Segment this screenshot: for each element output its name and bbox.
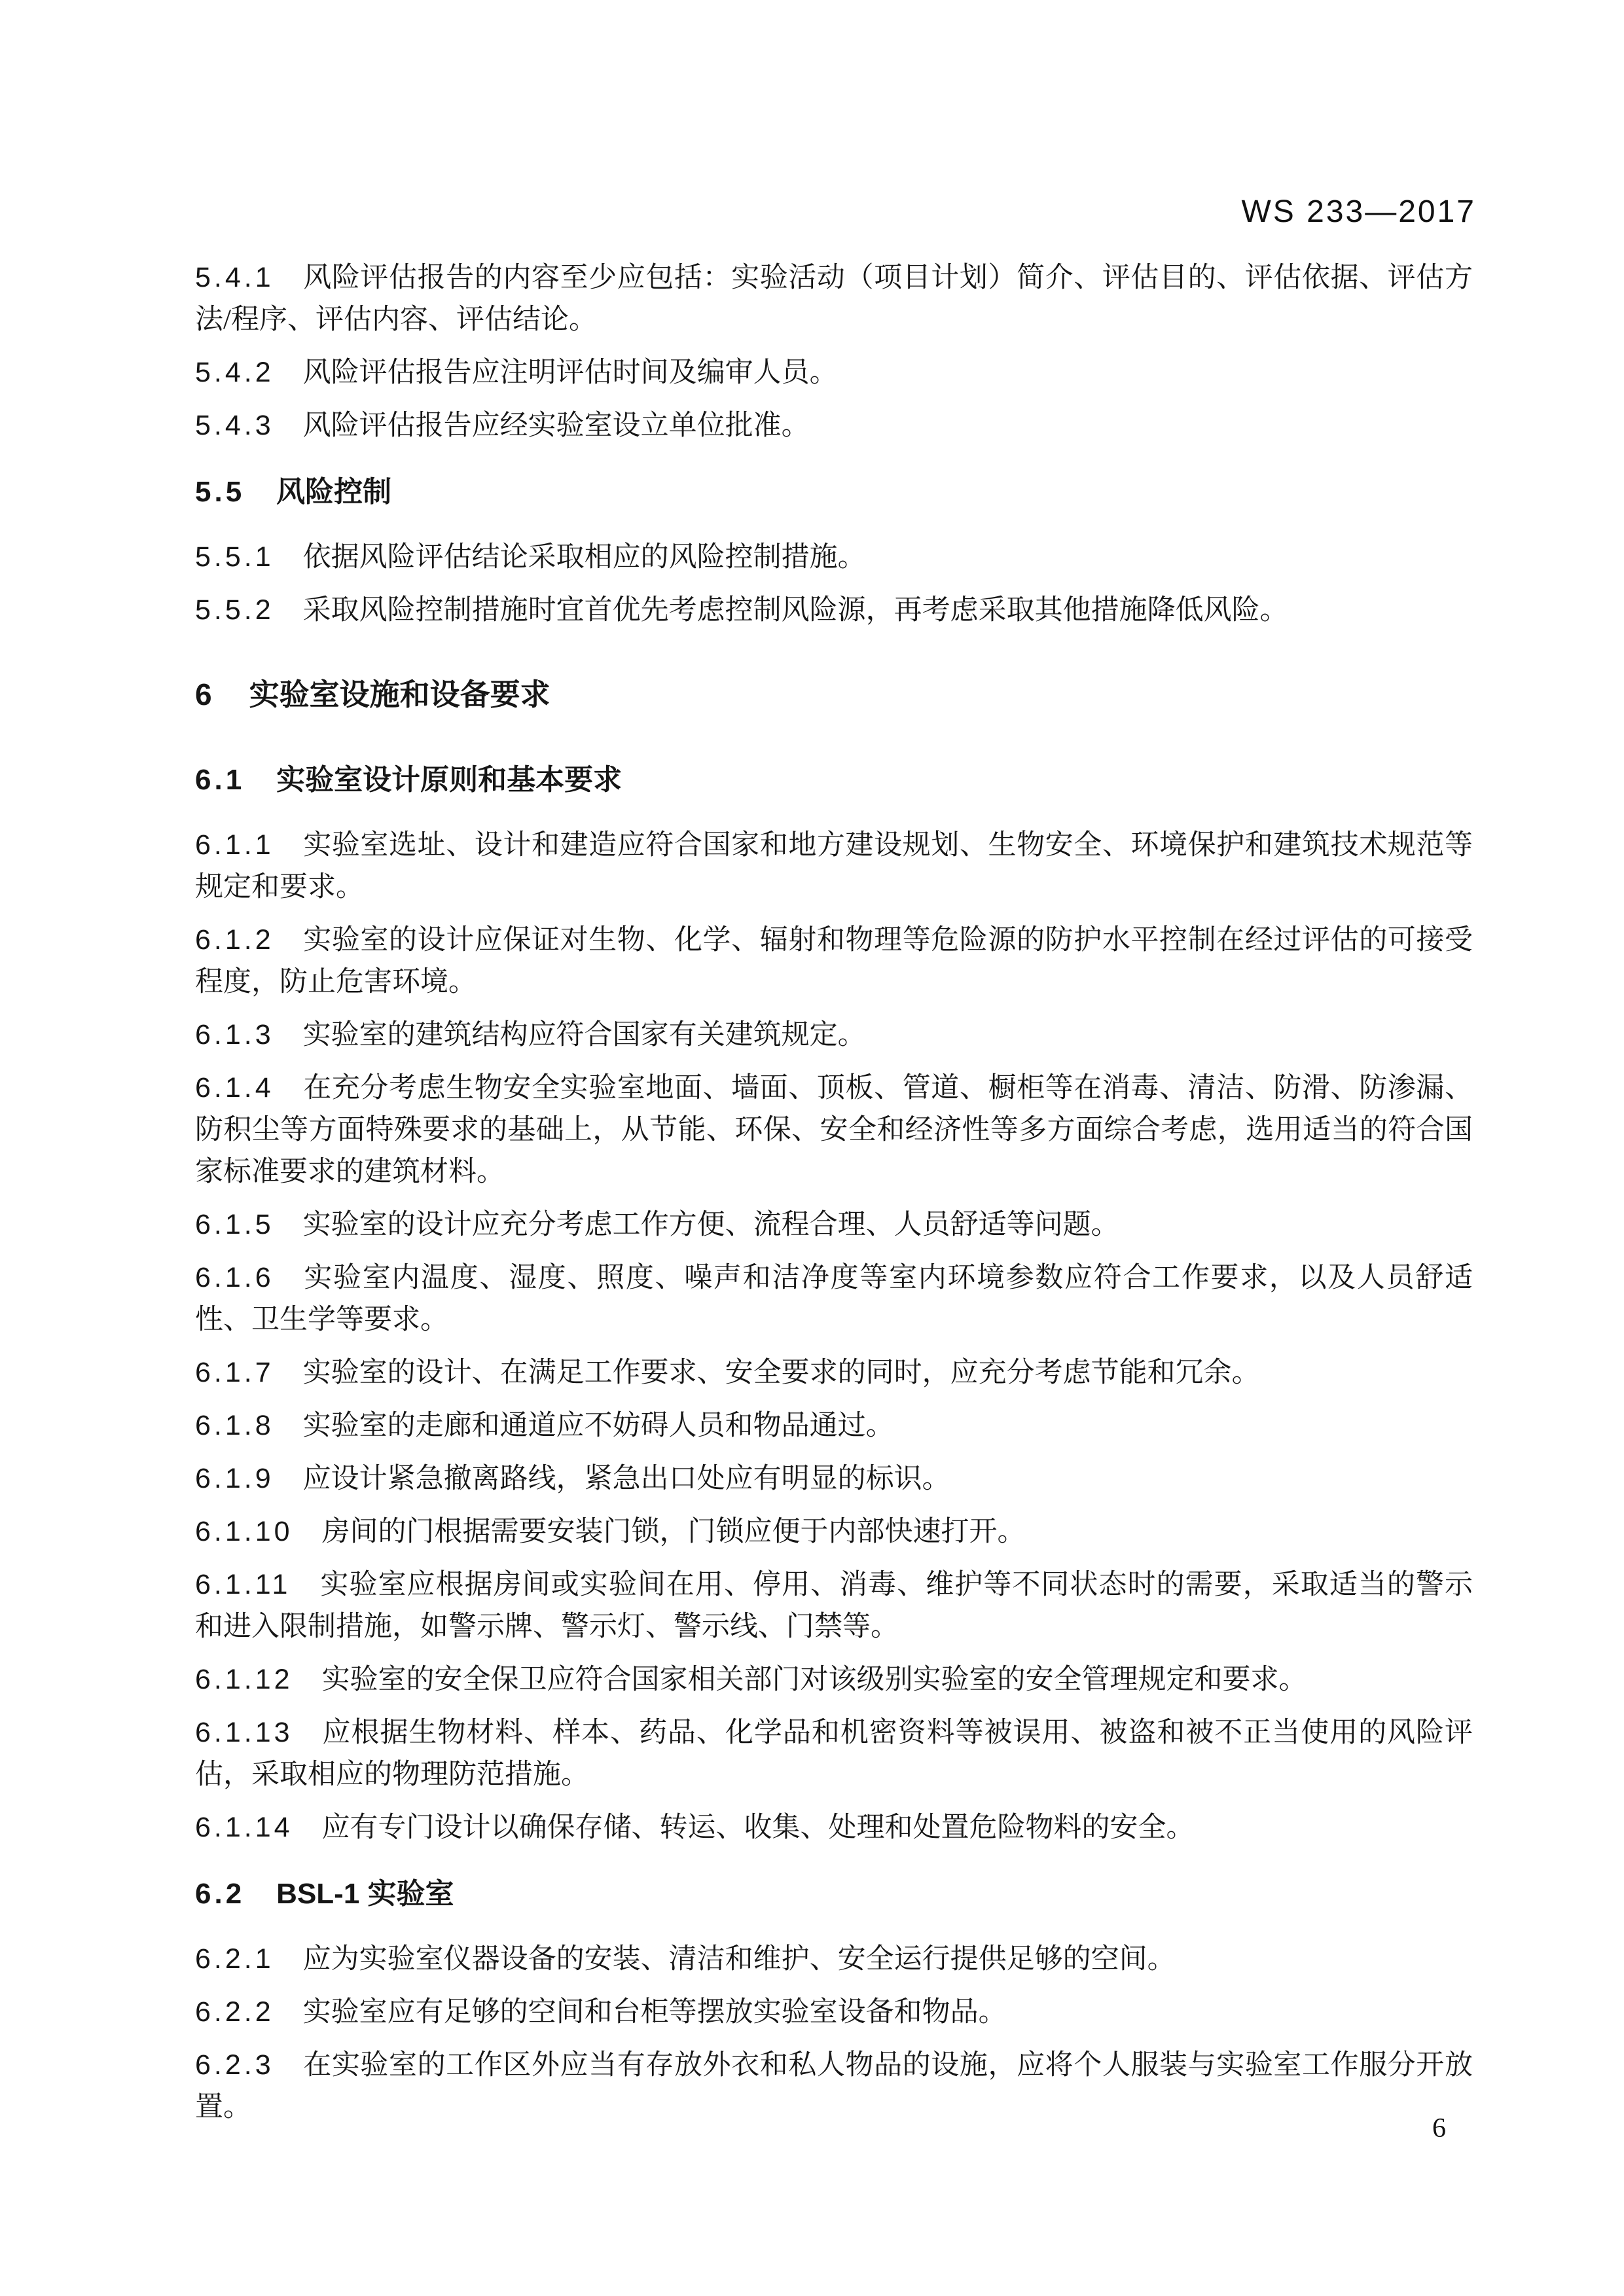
- clause-number: 6.1.6: [195, 1262, 274, 1293]
- clause-text: 应根据生物材料、样本、药品、化学品和机密资料等被误用、被盗和被不正当使用的风险评…: [195, 1717, 1473, 1790]
- clause-6-1-1: 6.1.1实验室选址、设计和建造应符合国家和地方建设规划、生物安全、环境保护和建…: [195, 824, 1473, 908]
- clause-6-1-12: 6.1.12实验室的安全保卫应符合国家相关部门对该级别实验室的安全管理规定和要求…: [195, 1659, 1473, 1701]
- clause-6-1-4: 6.1.4在充分考虑生物安全实验室地面、墙面、顶板、管道、橱柜等在消毒、清洁、防…: [195, 1067, 1473, 1193]
- clause-text: 实验室的走廊和通道应不妨碍人员和物品通过。: [303, 1410, 894, 1441]
- heading-text: 实验室设施和设备要求: [249, 677, 550, 711]
- subsection-heading-6-1: 6.1实验室设计原则和基本要求: [195, 759, 1473, 802]
- clause-6-1-5: 6.1.5实验室的设计应充分考虑工作方便、流程合理、人员舒适等问题。: [195, 1204, 1473, 1246]
- clause-number: 5.5.1: [195, 541, 274, 573]
- standard-number: WS 233—2017: [1241, 194, 1476, 230]
- clause-6-1-14: 6.1.14应有专门设计以确保存储、转运、收集、处理和处置危险物料的安全。: [195, 1806, 1473, 1849]
- heading-number: 5.5: [195, 476, 245, 508]
- document-body: 5.4.1风险评估报告的内容至少应包括：实验活动（项目计划）简介、评估目的、评估…: [195, 257, 1473, 2139]
- document-page: WS 233—2017 5.4.1风险评估报告的内容至少应包括：实验活动（项目计…: [0, 0, 1624, 2296]
- clause-text: 在实验室的工作区外应当有存放外衣和私人物品的设施，应将个人服装与实验室工作服分开…: [195, 2050, 1473, 2123]
- clause-number: 6.1.11: [195, 1569, 291, 1600]
- clause-number: 6.1.8: [195, 1410, 274, 1441]
- clause-text: 房间的门根据需要安装门锁，门锁应便于内部快速打开。: [322, 1516, 1026, 1547]
- clause-text: 采取风险控制措施时宜首优先考虑控制风险源，再考虑采取其他措施降低风险。: [303, 595, 1288, 626]
- clause-text: 风险评估报告应经实验室设立单位批准。: [303, 410, 810, 441]
- subsection-heading-5-5: 5.5风险控制: [195, 471, 1473, 514]
- clause-number: 6.1.9: [195, 1463, 274, 1494]
- clause-text: 应设计紧急撤离路线，紧急出口处应有明显的标识。: [303, 1463, 950, 1494]
- clause-6-1-7: 6.1.7实验室的设计、在满足工作要求、安全要求的同时，应充分考虑节能和冗余。: [195, 1352, 1473, 1394]
- section-heading-6: 6实验室设施和设备要求: [195, 672, 1473, 717]
- clause-text: 应有专门设计以确保存储、转运、收集、处理和处置危险物料的安全。: [322, 1812, 1195, 1843]
- clause-text: 实验室的安全保卫应符合国家相关部门对该级别实验室的安全管理规定和要求。: [322, 1664, 1307, 1695]
- heading-text: 实验室设计原则和基本要求: [276, 764, 622, 796]
- clause-number: 5.5.2: [195, 594, 274, 626]
- clause-text: 实验室应根据房间或实验间在用、停用、消毒、维护等不同状态时的需要，采取适当的警示…: [195, 1570, 1473, 1642]
- clause-6-1-9: 6.1.9应设计紧急撤离路线，紧急出口处应有明显的标识。: [195, 1458, 1473, 1500]
- clause-number: 5.4.2: [195, 357, 274, 388]
- clause-number: 6.1.4: [195, 1072, 274, 1103]
- clause-number: 6.2.2: [195, 1996, 274, 2028]
- heading-text: 风险控制: [276, 476, 391, 508]
- clause-6-2-2: 6.2.2实验室应有足够的空间和台柜等摆放实验室设备和物品。: [195, 1991, 1473, 2034]
- heading-number: 6: [195, 677, 215, 711]
- clause-text: 实验室应有足够的空间和台柜等摆放实验室设备和物品。: [303, 1997, 1007, 2028]
- clause-6-2-3: 6.2.3在实验室的工作区外应当有存放外衣和私人物品的设施，应将个人服装与实验室…: [195, 2044, 1473, 2128]
- clause-text: 风险评估报告的内容至少应包括：实验活动（项目计划）简介、评估目的、评估依据、评估…: [195, 262, 1473, 335]
- clause-6-1-3: 6.1.3实验室的建筑结构应符合国家有关建筑规定。: [195, 1014, 1473, 1056]
- clause-number: 5.4.3: [195, 410, 274, 441]
- clause-6-1-10: 6.1.10房间的门根据需要安装门锁，门锁应便于内部快速打开。: [195, 1511, 1473, 1553]
- clause-6-1-2: 6.1.2实验室的设计应保证对生物、化学、辐射和物理等危险源的防护水平控制在经过…: [195, 919, 1473, 1003]
- clause-6-2-1: 6.2.1应为实验室仪器设备的安装、清洁和维护、安全运行提供足够的空间。: [195, 1938, 1473, 1981]
- clause-5-4-1: 5.4.1风险评估报告的内容至少应包括：实验活动（项目计划）简介、评估目的、评估…: [195, 257, 1473, 341]
- clause-5-5-2: 5.5.2采取风险控制措施时宜首优先考虑控制风险源，再考虑采取其他措施降低风险。: [195, 589, 1473, 632]
- clause-number: 6.1.2: [195, 924, 274, 956]
- clause-number: 6.2.3: [195, 2049, 274, 2081]
- clause-number: 6.1.14: [195, 1812, 293, 1843]
- clause-number: 6.1.12: [195, 1664, 293, 1695]
- clause-text: 实验室的设计、在满足工作要求、安全要求的同时，应充分考虑节能和冗余。: [303, 1357, 1260, 1388]
- clause-number: 5.4.1: [195, 262, 274, 293]
- clause-number: 6.1.1: [195, 829, 274, 861]
- clause-text: 实验室的建筑结构应符合国家有关建筑规定。: [303, 1020, 866, 1050]
- clause-5-4-2: 5.4.2风险评估报告应注明评估时间及编审人员。: [195, 351, 1473, 394]
- clause-number: 6.1.10: [195, 1516, 293, 1547]
- clause-text: 实验室选址、设计和建造应符合国家和地方建设规划、生物安全、环境保护和建筑技术规范…: [195, 830, 1473, 903]
- heading-text: BSL-1 实验室: [276, 1878, 454, 1910]
- clause-6-1-11: 6.1.11实验室应根据房间或实验间在用、停用、消毒、维护等不同状态时的需要，采…: [195, 1564, 1473, 1648]
- heading-number: 6.1: [195, 764, 245, 796]
- clause-text: 在充分考虑生物安全实验室地面、墙面、顶板、管道、橱柜等在消毒、清洁、防滑、防渗漏…: [195, 1073, 1473, 1187]
- clause-text: 实验室的设计应充分考虑工作方便、流程合理、人员舒适等问题。: [303, 1210, 1119, 1240]
- clause-5-4-3: 5.4.3风险评估报告应经实验室设立单位批准。: [195, 404, 1473, 447]
- subsection-heading-6-2: 6.2BSL-1 实验室: [195, 1873, 1473, 1916]
- clause-5-5-1: 5.5.1依据风险评估结论采取相应的风险控制措施。: [195, 536, 1473, 579]
- clause-text: 实验室内温度、湿度、照度、噪声和洁净度等室内环境参数应符合工作要求，以及人员舒适…: [195, 1263, 1473, 1335]
- clause-number: 6.2.1: [195, 1943, 274, 1975]
- clause-number: 6.1.3: [195, 1019, 274, 1050]
- clause-6-1-13: 6.1.13应根据生物材料、样本、药品、化学品和机密资料等被误用、被盗和被不正当…: [195, 1712, 1473, 1796]
- clause-6-1-8: 6.1.8实验室的走廊和通道应不妨碍人员和物品通过。: [195, 1405, 1473, 1447]
- clause-number: 6.1.7: [195, 1357, 274, 1388]
- heading-number: 6.2: [195, 1878, 245, 1910]
- clause-number: 6.1.13: [195, 1717, 293, 1748]
- clause-number: 6.1.5: [195, 1209, 274, 1240]
- clause-text: 实验室的设计应保证对生物、化学、辐射和物理等危险源的防护水平控制在经过评估的可接…: [195, 925, 1473, 997]
- clause-text: 依据风险评估结论采取相应的风险控制措施。: [303, 542, 866, 573]
- clause-6-1-6: 6.1.6实验室内温度、湿度、照度、噪声和洁净度等室内环境参数应符合工作要求，以…: [195, 1257, 1473, 1341]
- clause-text: 应为实验室仪器设备的安装、清洁和维护、安全运行提供足够的空间。: [303, 1944, 1176, 1975]
- page-number: 6: [1432, 2113, 1446, 2144]
- clause-text: 风险评估报告应注明评估时间及编审人员。: [303, 357, 838, 388]
